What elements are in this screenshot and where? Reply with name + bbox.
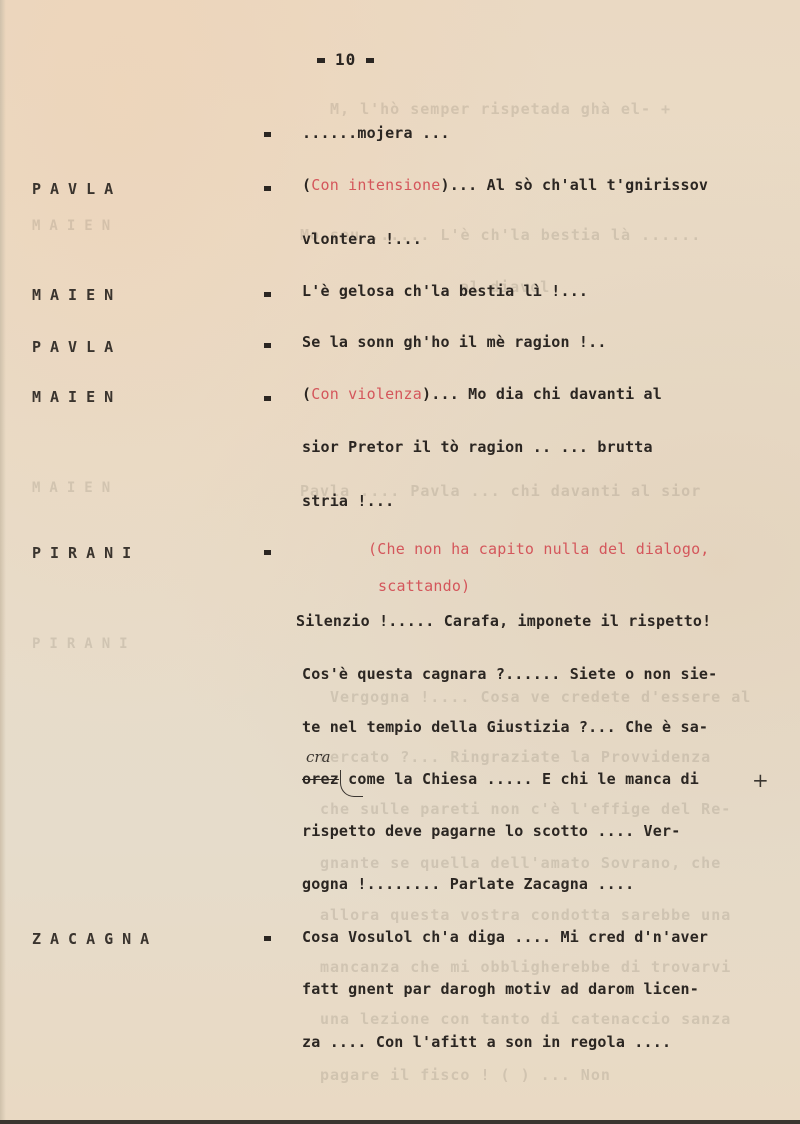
- bleed-through-speaker: PIRANI: [32, 636, 137, 652]
- dialogue-bullet: [264, 343, 271, 348]
- dialogue-continuation: rispetto deve pagarne lo scotto .... Ver…: [302, 822, 680, 840]
- speaker-name: PIRANI: [32, 544, 140, 562]
- dialogue-bullet: [264, 936, 271, 941]
- dialogue-bullet: [264, 550, 271, 555]
- stage-direction: Con violenza: [311, 385, 422, 403]
- page-number-value: 10: [335, 50, 356, 69]
- speaker-name: MAIEN: [32, 286, 122, 304]
- typewritten-page: M, l'hò semper rispetada ghà el- + MAIEN…: [0, 0, 800, 1124]
- dialogue-continuation: te nel tempio della Giustizia ?... Che è…: [302, 718, 708, 736]
- stage-direction: Con intensione: [311, 176, 440, 194]
- handwritten-correction: cra: [306, 748, 331, 766]
- paren: (: [302, 385, 311, 403]
- dialogue-continuation: stria !...: [302, 492, 394, 510]
- bleed-through-text: mercato ?... Ringraziate la Provvidenza: [320, 748, 711, 766]
- dialogue-line: Cosa Vosulol ch'a diga .... Mi cred d'n'…: [302, 928, 708, 946]
- dash-mark: [317, 58, 325, 63]
- dialogue-bullet: [264, 132, 271, 137]
- dialogue-line: (Con intensione)... Al sò ch'all t'gniri…: [302, 176, 708, 194]
- speaker-name: MAIEN: [32, 388, 122, 406]
- bleed-through-text: mancanza che mi obbligherebbe di trovarv…: [320, 958, 731, 976]
- margin-mark: +: [752, 768, 769, 792]
- correction-mark: [340, 770, 363, 797]
- stage-direction: scattando): [378, 577, 470, 595]
- dialogue-continuation: fatt gnent par darogh motiv ad darom lic…: [302, 980, 699, 998]
- page-number: 10: [307, 50, 384, 69]
- dialogue-bullet: [264, 186, 271, 191]
- bleed-through-text: allora questa vostra condotta sarebbe un…: [320, 906, 731, 924]
- dialogue-continuation: za .... Con l'afitt a son in regola ....: [302, 1033, 671, 1051]
- page-bottom-edge: [0, 1120, 800, 1124]
- dash-mark: [366, 58, 374, 63]
- bleed-through-speaker: MAIEN: [32, 218, 119, 234]
- bleed-through-text: gnante se quella dell'amato Sovrano, che: [320, 854, 721, 872]
- dialogue-line: ......mojera ...: [302, 124, 450, 142]
- dialogue-continuation: vlontera !...: [302, 230, 422, 248]
- struck-word: orez: [302, 770, 339, 788]
- speaker-name: PAVLA: [32, 338, 122, 356]
- bleed-through-speaker: MAIEN: [32, 480, 119, 496]
- dialogue-continuation: gogna !........ Parlate Zacagna ....: [302, 875, 634, 893]
- dialogue-line: L'è gelosa ch'la bestia lì !...: [302, 282, 588, 300]
- bleed-through-text: che sulle pareti non c'è l'effige del Re…: [320, 800, 731, 818]
- dialogue-bullet: [264, 292, 271, 297]
- bleed-through-text: pagare il fisco ! ( ) ... Non: [320, 1066, 611, 1084]
- dialogue-line: (Con violenza)... Mo dia chi davanti al: [302, 385, 662, 403]
- stage-direction: (Che non ha capito nulla del dialogo,: [368, 540, 710, 558]
- page-left-edge: [0, 0, 6, 1124]
- paren: (: [302, 176, 311, 194]
- dialogue-continuation: Cos'è questa cagnara ?...... Siete o non…: [302, 665, 717, 683]
- dialogue-bullet: [264, 396, 271, 401]
- dialogue-text: )... Al sò ch'all t'gnirissov: [440, 176, 708, 194]
- dialogue-continuation: Silenzio !..... Carafa, imponete il risp…: [296, 612, 711, 630]
- speaker-name: ZACAGNA: [32, 930, 158, 948]
- dialogue-text: )... Mo dia chi davanti al: [422, 385, 662, 403]
- bleed-through-text: Vergogna !.... Cosa ve credete d'essere …: [330, 688, 751, 706]
- bleed-through-text: una lezione con tanto di catenaccio sanz…: [320, 1010, 731, 1028]
- bleed-through-text: M, l'hò semper rispetada ghà el- +: [330, 100, 671, 118]
- dialogue-continuation: sior Pretor il tò ragion .. ... brutta: [302, 438, 653, 456]
- speaker-name: PAVLA: [32, 180, 122, 198]
- dialogue-line: Se la sonn gh'ho il mè ragion !..: [302, 333, 607, 351]
- dialogue-text: come la Chiesa ..... E chi le manca di: [348, 770, 699, 788]
